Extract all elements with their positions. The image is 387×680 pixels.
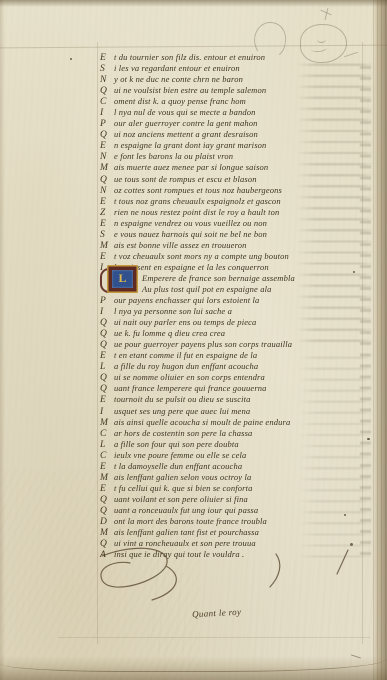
line-text: a fille du roy hugon dun enffant acoucha: [114, 361, 258, 372]
line-initial: N: [100, 152, 114, 163]
text-line: Q uant a ronceuaulx fut ung iour qui pas…: [100, 505, 365, 516]
line-text: t fu cellui qui k. que si bien se confor…: [114, 483, 253, 494]
text-line: E n espaigne vendrez ou vous vueillez ou…: [100, 218, 365, 229]
line-text: n espaigne vendrez ou vous vueillez ou n…: [114, 218, 267, 229]
ink-speck: [353, 271, 355, 273]
line-initial: M: [100, 418, 114, 429]
line-initial: S: [100, 64, 114, 75]
line-initial: N: [100, 186, 114, 197]
text-block: E t du tournier son filz dis. entour et …: [100, 52, 365, 560]
line-text: tournoit du se pulsit ou dieu se suscita: [114, 394, 251, 405]
ink-speck: [350, 543, 353, 546]
line-initial: D: [100, 517, 114, 528]
line-initial: Q: [100, 506, 114, 517]
line-text: ui noz anciens mettent a grant desraison: [114, 129, 258, 140]
line-initial: C: [100, 451, 114, 462]
line-initial: I: [100, 108, 114, 119]
line-initial: E: [100, 484, 114, 495]
line-initial: I: [100, 407, 114, 418]
text-line: E n espaigne la grant dont iay grant mar…: [100, 140, 365, 151]
line-initial: M: [100, 241, 114, 252]
ink-speck: [344, 514, 346, 516]
line-initial: Z: [100, 208, 114, 219]
line-text: t du tournier son filz dis. entour et en…: [114, 52, 265, 63]
line-initial: E: [100, 219, 114, 230]
text-line: Z rien ne nous restez point dist le roy …: [100, 207, 365, 218]
line-initial: E: [100, 53, 114, 64]
line-text: l nya ya personne son lui sache a: [114, 306, 232, 317]
line-initial: Q: [100, 130, 114, 141]
line-text: ais lenffant galien tant fist et pourcha…: [114, 527, 259, 538]
line-text: e vous nauez harnois qui soit ne bel ne …: [114, 229, 267, 240]
line-text: ais est bonne ville assez en trouueron: [114, 240, 247, 251]
page-edge-right: [373, 0, 387, 680]
text-line: S e vous nauez harnois qui soit ne bel n…: [100, 229, 365, 240]
line-initial: E: [100, 252, 114, 263]
line-initial: C: [100, 97, 114, 108]
text-line: Q ue tous sont de rompus et escu et blas…: [100, 174, 365, 185]
line-initial: P: [100, 119, 114, 130]
text-line: I l nya ya personne son lui sache a: [100, 306, 365, 317]
text-line: N y ot k ne duc ne conte chrn ne baron: [100, 74, 365, 85]
ruling-line-bottom: [58, 637, 370, 638]
line-text: usquet ses ung pere que auec lui mena: [114, 406, 250, 417]
text-line: N oz cottes sont rompues et tous noz hau…: [100, 185, 365, 196]
line-text: ieulx vne poure femme ou elle se cela: [114, 450, 246, 461]
line-text: ue tous sont de rompus et escu et blason: [114, 174, 257, 185]
text-line: M ais muerte auez menee par si longue sa…: [100, 162, 365, 173]
text-line: Au plus tost quil pot en espaigne ala: [100, 284, 365, 295]
line-text: ais lenffant galien selon vous octroy la: [114, 472, 251, 483]
line-text: i les va regardant entour et enuiron: [114, 63, 240, 74]
text-line: C ieulx vne poure femme ou elle se cela: [100, 450, 365, 461]
line-text: rien ne nous restez point dist le roy a …: [114, 207, 279, 218]
text-line: Q ui se nomme oliuier en son corps enten…: [100, 372, 365, 383]
line-text: oz cottes sont rompues et tous noz haube…: [114, 185, 282, 196]
line-initial: E: [100, 462, 114, 473]
pen-flourish: [80, 546, 380, 630]
line-text: e font les barons la ou plaist vron: [114, 151, 233, 162]
line-initial: Q: [100, 175, 114, 186]
ink-speck: [367, 438, 370, 440]
text-line: M ais lenffant galien selon vous octroy …: [100, 472, 365, 483]
text-line: M ais est bonne ville assez en trouueron: [100, 240, 365, 251]
line-initial: S: [100, 230, 114, 241]
line-text: ui ne voulsist bien estre au temple sale…: [114, 85, 266, 96]
line-initial: M: [100, 473, 114, 484]
line-text: uant france lemperere qui france gouuern…: [114, 383, 267, 394]
line-text: t tous noz grans cheuaulx espaignolz et …: [114, 196, 281, 207]
line-text: n espaigne la grant dont iay grant maris…: [114, 140, 266, 151]
line-text: t en etant comme il fut en espaigne de l…: [114, 350, 257, 361]
line-text: l nya nul de vous qui se mecte a bandon: [114, 107, 256, 118]
text-line: Q ue k. fu lomme q dieu crea crea: [100, 328, 365, 339]
line-initial: Q: [100, 495, 114, 506]
text-line: E t du tournier son filz dis. entour et …: [100, 52, 365, 63]
line-text: ont la mort des barons toute france trou…: [114, 516, 267, 527]
text-line: L a fille du roy hugon dun enffant acouc…: [100, 361, 365, 372]
line-initial: N: [100, 75, 114, 86]
line-initial: E: [100, 395, 114, 406]
line-text: ui nait ouy parler ens ou temps de pieca: [114, 317, 256, 328]
page-edge-top: [0, 0, 387, 7]
text-line: P our payens enchasser qui lors estoient…: [100, 295, 365, 306]
text-line: C ar hors de costentin son pere la chass…: [100, 428, 365, 439]
text-line: I lz naissent en espaigne et la les conq…: [100, 262, 365, 273]
line-text: a fille son four qui son pere doubta: [114, 439, 239, 450]
line-initial: Q: [100, 373, 114, 384]
line-text: Au plus tost quil pot en espaigne ala: [142, 284, 272, 295]
text-line: E t voz cheuaulx sont mors ny a compte u…: [100, 251, 365, 262]
line-initial: Q: [100, 318, 114, 329]
text-line: Q ui nait ouy parler ens ou temps de pie…: [100, 317, 365, 328]
line-initial: E: [100, 141, 114, 152]
text-line: E t en etant comme il fut en espaigne de…: [100, 350, 365, 361]
line-text: ui se nomme oliuier en son corps entendr…: [114, 372, 265, 383]
text-line: S i les va regardant entour et enuiron: [100, 63, 365, 74]
text-line: E tournoit du se pulsit ou dieu se susci…: [100, 394, 365, 405]
illuminated-initial: L: [100, 264, 138, 294]
line-initial: L: [100, 440, 114, 451]
text-line: I usquet ses ung pere que auec lui mena: [100, 406, 365, 417]
text-line: C oment dist k. a quoy pense franc hom: [100, 96, 365, 107]
text-line: L a fille son four qui son pere doubta: [100, 439, 365, 450]
line-initial: C: [100, 429, 114, 440]
line-initial: E: [100, 197, 114, 208]
line-text: ue pour guerroyer payens plus son corps …: [114, 339, 292, 350]
line-initial: Q: [100, 384, 114, 395]
line-text: t voz cheuaulx sont mors ny a compte ung…: [114, 251, 289, 262]
line-text: Emperere de france son bernaige assembla: [142, 273, 295, 284]
line-text: uant voilant et son pere oliuier si fina: [114, 494, 248, 505]
illuminated-initial-letter: L: [112, 268, 133, 290]
text-line: N e font les barons la ou plaist vron: [100, 151, 365, 162]
line-text: uant a ronceuaulx fut ung iour qui passa: [114, 505, 258, 516]
ink-speck: [70, 58, 72, 60]
text-line: Q ui noz anciens mettent a grant desrais…: [100, 129, 365, 140]
line-initial: I: [100, 307, 114, 318]
line-text: ais ainsi quelle acoucha si moult de pai…: [114, 417, 290, 428]
line-initial: E: [100, 351, 114, 362]
text-line: M ais ainsi quelle acoucha si moult de p…: [100, 417, 365, 428]
line-text: oment dist k. a quoy pense franc hom: [114, 96, 246, 107]
text-line: E t tous noz grans cheuaulx espaignolz e…: [100, 196, 365, 207]
text-line: E t la damoyselle dun enffant acoucha: [100, 461, 365, 472]
text-line: P our aler guerroyer contre la gent maho…: [100, 118, 365, 129]
line-initial: Q: [100, 86, 114, 97]
line-initial: M: [100, 528, 114, 539]
text-line: D ont la mort des barons toute france tr…: [100, 516, 365, 527]
line-initial: L: [100, 362, 114, 373]
manuscript-photo: E t du tournier son filz dis. entour et …: [0, 0, 387, 680]
line-text: our payens enchasser qui lors estoient l…: [114, 295, 259, 306]
text-line: Q uant france lemperere qui france gouue…: [100, 383, 365, 394]
line-text: ais muerte auez menee par si longue sais…: [114, 162, 268, 173]
line-initial: Q: [100, 329, 114, 340]
text-line: Q ue pour guerroyer payens plus son corp…: [100, 339, 365, 350]
text-line: Q uant voilant et son pere oliuier si fi…: [100, 494, 365, 505]
text-line: M ais lenffant galien tant fist et pourc…: [100, 527, 365, 538]
text-line: Q ui ne voulsist bien estre au temple sa…: [100, 85, 365, 96]
line-text: our aler guerroyer contre la gent mahon: [114, 118, 258, 129]
line-text: ue k. fu lomme q dieu crea crea: [114, 328, 225, 339]
text-line: E t fu cellui qui k. que si bien se conf…: [100, 483, 365, 494]
line-initial: M: [100, 163, 114, 174]
line-text: t la damoyselle dun enffant acoucha: [114, 461, 242, 472]
line-text: ar hors de costentin son pere la chassa: [114, 428, 252, 439]
line-text: y ot k ne duc ne conte chrn ne baron: [114, 74, 243, 85]
line-initial: Q: [100, 340, 114, 351]
page-edge-left: [0, 0, 5, 680]
line-initial: P: [100, 296, 114, 307]
text-line: I l nya nul de vous qui se mecte a bando…: [100, 107, 365, 118]
text-line: Emperere de france son bernaige assembla: [100, 273, 365, 284]
